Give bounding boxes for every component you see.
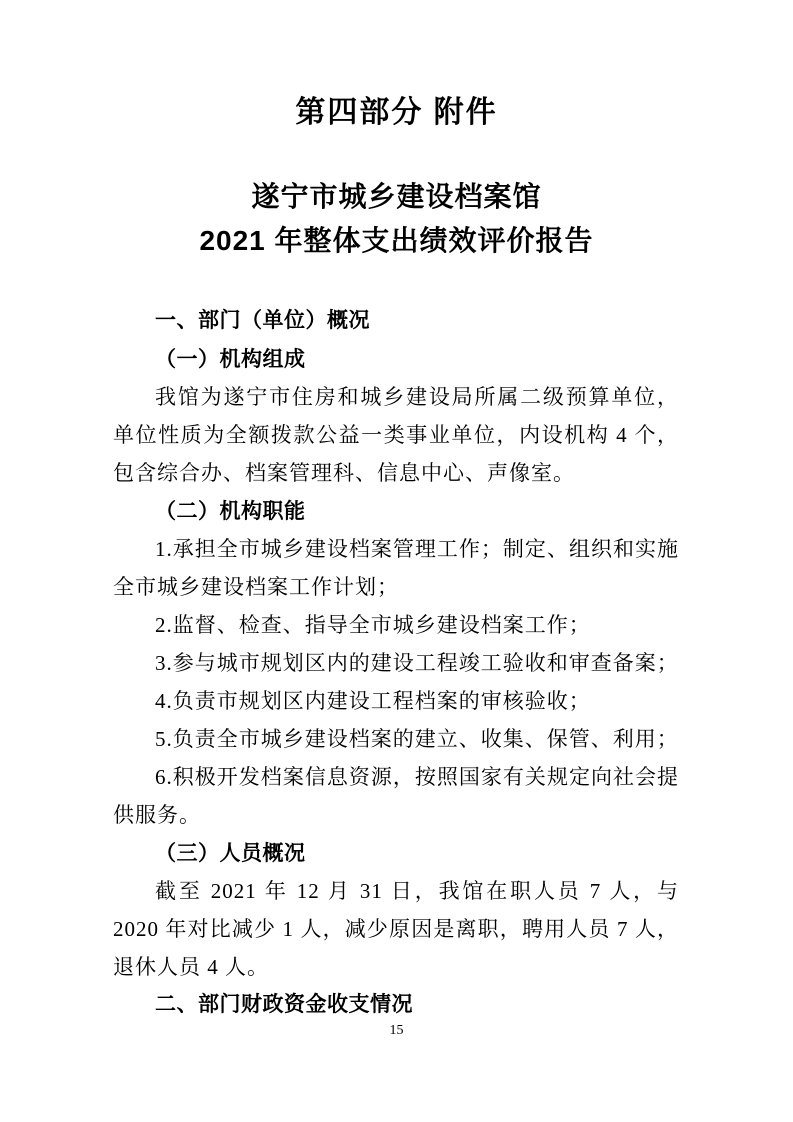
paragraph: 2.监督、检查、指导全市城乡建设档案工作；: [113, 606, 679, 644]
paragraph: 我馆为遂宁市住房和城乡建设局所属二级预算单位，单位性质为全额拨款公益一类事业单位…: [113, 378, 679, 492]
paragraph: 截至 2021 年 12 月 31 日，我馆在职人员 7 人，与 2020 年对…: [113, 872, 679, 986]
paragraph: 6.积极开发档案信息资源，按照国家有关规定向社会提供服务。: [113, 758, 679, 834]
document-page: 第四部分 附件 遂宁市城乡建设档案馆 2021 年整体支出绩效评价报告 一、部门…: [0, 0, 793, 1122]
page-number: 15: [0, 1022, 793, 1040]
section-heading: 二、部门财政资金收支情况: [113, 986, 679, 1024]
paragraph: 4.负责市规划区内建设工程档案的审核验收；: [113, 682, 679, 720]
report-title-line2: 2021 年整体支出绩效评价报告: [0, 220, 793, 262]
report-title-line1: 遂宁市城乡建设档案馆: [0, 176, 793, 218]
paragraph: 1.承担全市城乡建设档案管理工作；制定、组织和实施全市城乡建设档案工作计划；: [113, 530, 679, 606]
section-heading: （二）机构职能: [113, 492, 679, 530]
section-heading: 一、部门（单位）概况: [113, 302, 679, 340]
paragraph: 5.负责全市城乡建设档案的建立、收集、保管、利用；: [113, 720, 679, 758]
section-heading: （三）人员概况: [113, 834, 679, 872]
document-part-title: 第四部分 附件: [0, 92, 793, 134]
document-body: 一、部门（单位）概况（一）机构组成我馆为遂宁市住房和城乡建设局所属二级预算单位，…: [113, 302, 679, 1024]
section-heading: （一）机构组成: [113, 340, 679, 378]
paragraph: 3.参与城市规划区内的建设工程竣工验收和审查备案；: [113, 644, 679, 682]
